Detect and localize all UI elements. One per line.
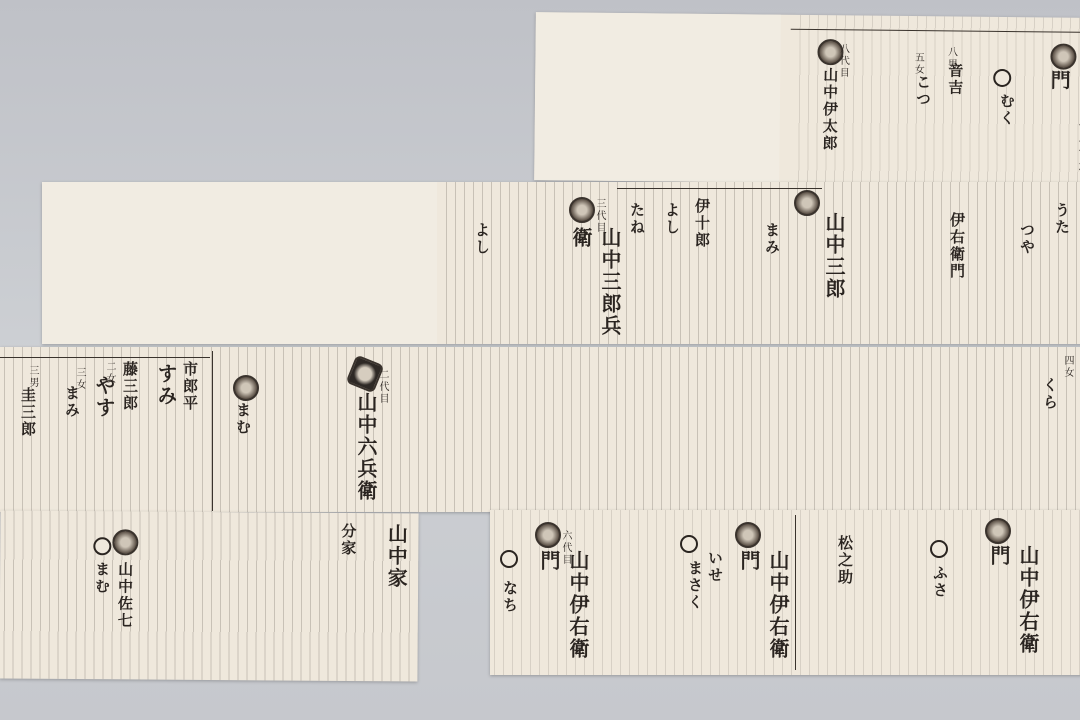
scroll-bottom-left: 山中佐七 まむ 分家 山中家 <box>0 511 419 682</box>
person-name: 山中伊右衛門 <box>985 545 1043 675</box>
person-name: 分家 <box>338 523 359 557</box>
person-name: まみ <box>62 385 83 419</box>
person-name: いせ <box>705 550 726 584</box>
person-name: ふさ <box>930 565 951 599</box>
person-name: くら <box>1040 377 1061 411</box>
relation-label: 三男 <box>25 365 40 389</box>
person-name: つや <box>1017 222 1038 256</box>
text-columns <box>442 182 1080 344</box>
person-name: うた <box>1052 202 1073 236</box>
ring-marker-icon <box>500 550 518 568</box>
person-name: 山中三郎 <box>820 212 849 300</box>
family-crest-icon <box>794 190 820 216</box>
family-crest-icon <box>112 529 138 555</box>
person-name: 山中伊太郎 <box>819 67 841 152</box>
person-name: 山中家 <box>382 523 411 589</box>
person-name: 伊十郎 <box>692 198 713 249</box>
family-crest-icon <box>735 522 761 548</box>
person-name: 山中伊右衛門 <box>1044 69 1080 186</box>
ring-marker-icon <box>93 537 111 555</box>
ring-marker-icon <box>680 535 698 553</box>
ring-marker-icon <box>930 540 948 558</box>
blank-section <box>534 12 781 183</box>
person-name: 伊右衛門 <box>947 212 968 280</box>
person-name: むく <box>997 93 1018 127</box>
person-name: たね <box>627 202 648 236</box>
person-name: すみ <box>152 363 181 407</box>
person-name: 山中三郎兵衛 <box>567 227 625 344</box>
ring-marker-icon <box>993 69 1011 87</box>
person-name: こつ <box>913 74 934 108</box>
person-name: なち <box>500 580 521 614</box>
family-crest-icon <box>233 375 259 401</box>
person-name: 山中伊右衛門 <box>535 550 593 675</box>
person-name: よし <box>662 202 683 236</box>
person-name: 山中伊右衛門 <box>735 550 793 675</box>
relation-label: 五女 <box>910 52 925 76</box>
family-crest-icon <box>985 518 1011 544</box>
person-name: 市郎平 <box>180 361 201 412</box>
blank-section <box>42 182 437 344</box>
person-name: まみ <box>762 222 783 256</box>
person-name: 音吉 <box>945 62 966 96</box>
relation-label: 四女 <box>1060 355 1075 379</box>
person-name: 松之助 <box>835 535 856 586</box>
person-name: 圭三郎 <box>18 387 39 438</box>
scroll-second: よし 三代目 山中三郎兵衛 たね よし 伊十郎 まみ 山中三郎 伊右衛門 つや … <box>42 182 1080 344</box>
person-name: よし <box>472 222 493 256</box>
person-name: まさく <box>685 560 706 611</box>
person-name: まむ <box>92 561 113 595</box>
scroll-top: 八代目 山中伊太郎 五女 こつ 八男 音吉 むく 山中伊右衛門 <box>534 12 1080 186</box>
person-name: 藤三郎 <box>120 361 141 412</box>
family-crest-icon <box>1050 43 1076 69</box>
scroll-third: 三男 圭三郎 三女 まみ 二女 やす 藤三郎 すみ 市郎平 まむ 二代目 山中六… <box>0 347 1080 512</box>
person-name: 山中佐七 <box>115 561 136 629</box>
person-name: まむ <box>233 402 254 436</box>
person-name: やす <box>90 375 119 419</box>
scroll-bottom-right: なち 六代目 山中伊右衛門 まさく いせ 山中伊右衛門 松之助 ふさ 山中伊右衛… <box>490 510 1080 675</box>
person-name: 山中六兵衛 <box>352 392 381 502</box>
